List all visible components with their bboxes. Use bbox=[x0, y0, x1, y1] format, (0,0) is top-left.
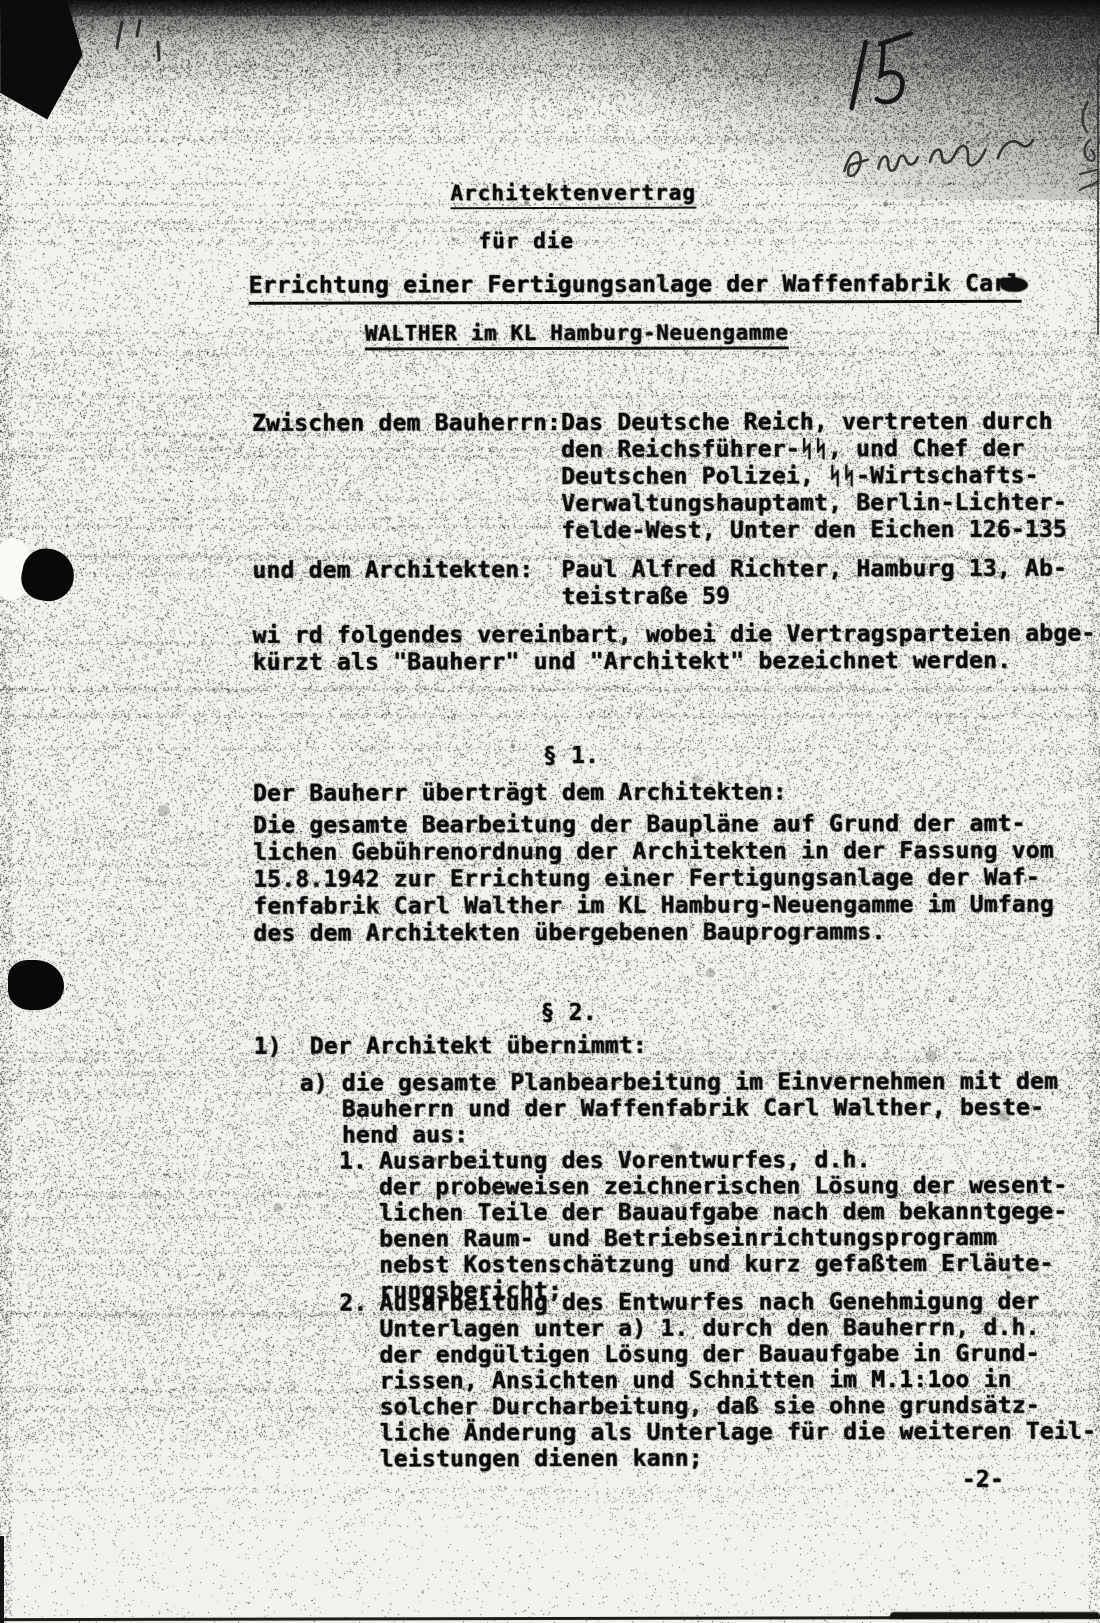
document-title: Architektenvertrag bbox=[450, 180, 696, 208]
item-a-text: die gesamte Planbearbeitung im Einverneh… bbox=[342, 1069, 1059, 1149]
subitem-2-text: Ausarbeitung des Entwurfes nach Genehmig… bbox=[379, 1289, 1096, 1473]
subitem-1-number: 1. bbox=[339, 1148, 367, 1174]
footer-page-number: -2- bbox=[962, 1467, 1004, 1494]
section-2-heading: § 2. bbox=[540, 1000, 596, 1027]
document-subtitle: für die bbox=[478, 228, 574, 255]
section-1-body: Die gesamte Bearbeitung der Baupläne auf… bbox=[253, 811, 1054, 948]
clause-1-text: Der Architekt übernimmt: bbox=[310, 1033, 647, 1060]
heading-line-4: WALTHER im KL Hamburg-Neuengamme bbox=[365, 319, 789, 347]
heading-line-3: Errichtung einer Fertigungsanlage der Wa… bbox=[249, 271, 1022, 300]
clause-1: 1) Der Architekt übernimmt: bbox=[254, 1033, 647, 1061]
scanned-document-page: Architektenvertrag für die Errichtung ei… bbox=[0, 0, 1100, 1623]
preamble: wi rd folgendes vereinbart, wobei die Ve… bbox=[253, 621, 1096, 677]
bauherr-label: Zwischen dem Bauherrn: bbox=[252, 410, 561, 438]
architekt-label: und dem Architekten: bbox=[252, 557, 533, 585]
item-a-number: a) bbox=[300, 1071, 328, 1097]
section-1-heading: § 1. bbox=[543, 743, 599, 770]
subitem-2-number: 2. bbox=[339, 1290, 367, 1316]
subitem-1-text: Ausarbeitung des Vorentwurfes, d.h.der p… bbox=[379, 1147, 1068, 1305]
clause-1-number: 1) bbox=[254, 1034, 282, 1061]
document-title-text: Architektenvertrag bbox=[450, 181, 696, 210]
bauherr-details: Das Deutsche Reich, vertreten durchden R… bbox=[561, 409, 1067, 545]
typed-content: Architektenvertrag für die Errichtung ei… bbox=[0, 0, 1100, 1623]
section-1-intro: Der Bauherr überträgt dem Architekten: bbox=[253, 779, 787, 807]
architekt-details: Paul Alfred Richter, Hamburg 13, Ab-teis… bbox=[561, 556, 1067, 611]
